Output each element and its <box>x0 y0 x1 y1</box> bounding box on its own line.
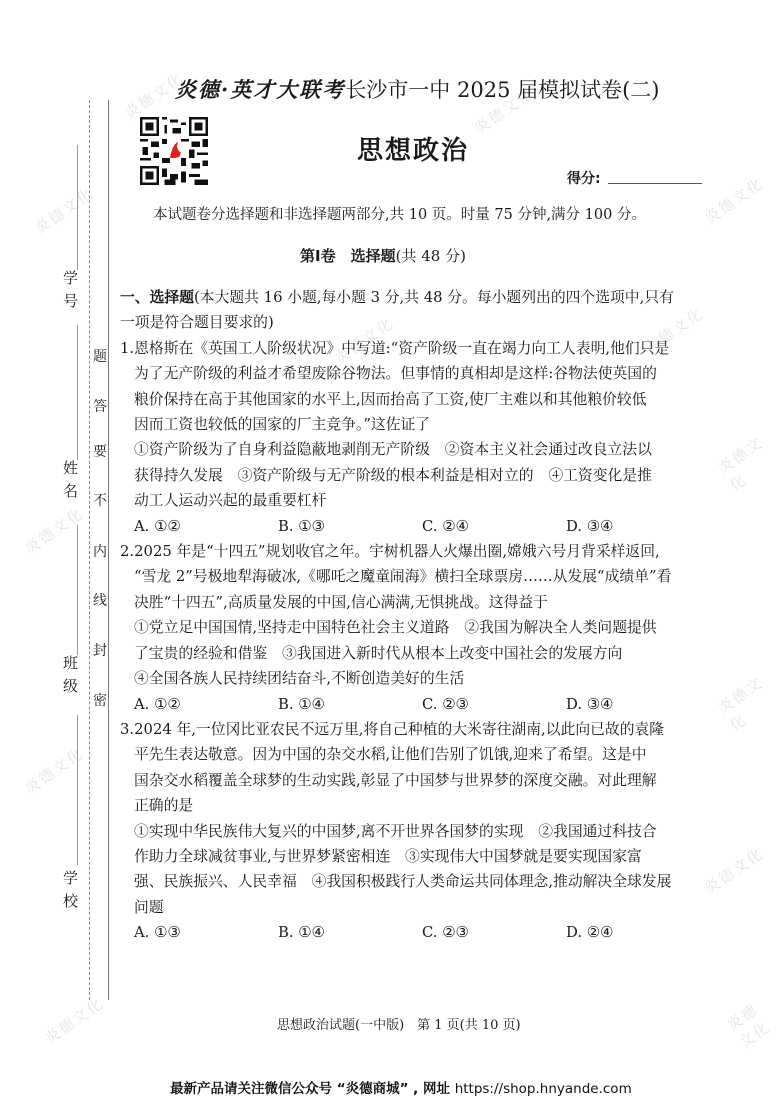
statement-line: 动工人运动兴起的最重要杠杆 <box>120 488 710 513</box>
question-stem-line: “雪龙 2”号极地犁海破冰,《哪吒之魔童闹海》横扫全球票房……从发展“成绩单”看 <box>120 564 710 589</box>
option-b[interactable]: B. ①④ <box>278 692 422 717</box>
question-stem-line: 3.2024 年,一位冈比亚农民不远万里,将自己种植的大米寄往湖南,以此向已故的… <box>120 717 710 742</box>
field-label-school: 学校 <box>60 870 81 916</box>
exam-intro: 本试题卷分选择题和非选择题两部分,共 10 页。时量 75 分钟,满分 100 … <box>153 203 646 224</box>
question-stem-line: 1.恩格斯在《英国工人阶级状况》中写道:“资产阶级一直在竭力向工人表明,他们只是 <box>120 336 710 361</box>
watermark: 炎德文化 <box>40 992 108 1048</box>
part-instruction-line2: 一项是符合题目要求的) <box>120 310 710 335</box>
seal-char: 内 <box>93 541 107 561</box>
qr-code-icon <box>140 117 208 185</box>
answer-options: A. ①③ B. ①④ C. ②③ D. ②④ <box>120 920 710 945</box>
option-a[interactable]: A. ①② <box>134 514 278 539</box>
question-stem-line: 因而工资也较低的国家的厂主竞争。”这佐证了 <box>120 412 710 437</box>
question-stem-line: 为了无产阶级的利益才希望废除谷物法。但事情的真相却是这样:谷物法使英国的 <box>120 361 710 386</box>
question-3: 3.2024 年,一位冈比亚农民不远万里,将自己种植的大米寄往湖南,以此向已故的… <box>120 717 710 946</box>
statement-line: 了宝贵的经验和借鉴 ③我国进入新时代从根本上改变中国社会的发展方向 <box>120 641 710 666</box>
promo-note: 最新产品请关注微信公众号 “炎德商城” , 网址 https://shop.hn… <box>170 1077 632 1097</box>
option-c[interactable]: C. ②③ <box>422 692 566 717</box>
question-stem-line: 粮价保持在高于其他国家的水平上,因而抬高了工资,使厂主难以和其他粮价较低 <box>120 387 710 412</box>
statement-line: 问题 <box>120 895 710 920</box>
page-footer: 思想政治试题(一中版) 第 1 页(共 10 页) <box>277 1014 521 1033</box>
seal-line-dotted <box>89 100 90 1000</box>
option-b[interactable]: B. ①④ <box>278 920 422 945</box>
stem-text: 2024 年,一位冈比亚农民不远万里,将自己种植的大米寄往湖南,以此向已故的袁隆 <box>134 721 664 738</box>
fill-line-class <box>77 525 78 655</box>
part-instruction-line1: (本大题共 16 小题,每小题 3 分,共 48 分。每小题列出的四个选项中,只… <box>194 289 674 306</box>
exam-name: 长沙市一中 2025 届模拟试卷(二) <box>345 78 659 102</box>
watermark: 炎德文化 <box>700 172 768 228</box>
statement-line: ①资产阶级为了自身利益隐蔽地剥削无产阶级 ②资本主义社会通过改良立法以 <box>120 437 710 462</box>
statement-line: ①党立足中国国情,坚持走中国特色社会主义道路 ②我国为解决全人类问题提供 <box>120 615 710 640</box>
statement-line: ④全国各族人民持续团结奋斗,不断创造美好的生活 <box>120 666 710 691</box>
statement-line: 获得持久发展 ③资产阶级与无产阶级的根本利益是相对立的 ④工资变化是推 <box>120 463 710 488</box>
option-a[interactable]: A. ①② <box>134 692 278 717</box>
fill-line-school <box>77 715 78 865</box>
stem-text: 恩格斯在《英国工人阶级状况》中写道:“资产阶级一直在竭力向工人表明,他们只是 <box>134 340 669 357</box>
question-stem-line: 决胜“十四五”,高质量发展的中国,信心满满,无惧挑战。这得益于 <box>120 590 710 615</box>
section-title: 第Ⅰ卷 选择题(共 48 分) <box>300 245 466 266</box>
option-d[interactable]: D. ②④ <box>566 920 710 945</box>
promo-text: 最新产品请关注微信公众号 “炎德商城” , 网址 <box>170 1081 455 1097</box>
watermark: 炎德文化 <box>713 667 780 736</box>
watermark: 炎德文化 <box>700 842 768 898</box>
question-stem-line: 国杂交水稻覆盖全球梦的生动实践,彰显了中国梦与世界梦的深度交融。对此理解 <box>120 768 710 793</box>
shop-link[interactable]: https://shop.hnyande.com <box>455 1081 632 1097</box>
statement-line: 作助力全球减贫事业,与世界梦紧密相连 ③实现伟大中国梦就是要实现国家富 <box>120 844 710 869</box>
brand-name: 炎德·英才大联考 <box>175 77 345 102</box>
subject-title: 思想政治 <box>357 130 469 167</box>
part-instruction: 一、选择题(本大题共 16 小题,每小题 3 分,共 48 分。每小题列出的四个… <box>120 285 710 310</box>
field-label-student-id: 学号 <box>60 270 81 316</box>
fill-line-student-id <box>77 145 78 270</box>
answer-options: A. ①② B. ①④ C. ②③ D. ③④ <box>120 692 710 717</box>
seal-char: 题 <box>93 346 107 366</box>
seal-char: 答 <box>93 396 107 416</box>
question-content: 一、选择题(本大题共 16 小题,每小题 3 分,共 48 分。每小题列出的四个… <box>120 285 710 946</box>
answer-options: A. ①② B. ①③ C. ②④ D. ③④ <box>120 514 710 539</box>
option-a[interactable]: A. ①③ <box>134 920 278 945</box>
seal-char: 线 <box>93 590 107 610</box>
field-label-name: 姓名 <box>60 460 81 506</box>
seal-char: 不 <box>93 490 107 510</box>
question-1: 1.恩格斯在《英国工人阶级状况》中写道:“资产阶级一直在竭力向工人表明,他们只是… <box>120 336 710 539</box>
question-stem-line: 平先生表达敬意。因为中国的杂交水稻,让他们告别了饥饿,迎来了希望。这是中 <box>120 742 710 767</box>
seal-char: 封 <box>93 640 107 660</box>
statement-line: ①实现中华民族伟大复兴的中国梦,离不开世界各国梦的实现 ②我国通过科技合 <box>120 819 710 844</box>
field-label-class: 班级 <box>60 655 81 701</box>
question-2: 2.2025 年是“十四五”规划收官之年。宇树机器人火爆出圈,嫦娥六号月背采样返… <box>120 539 710 717</box>
question-stem-line: 2.2025 年是“十四五”规划收官之年。宇树机器人火爆出圈,嫦娥六号月背采样返… <box>120 539 710 564</box>
stem-text: 2025 年是“十四五”规划收官之年。宇树机器人火爆出圈,嫦娥六号月背采样返回, <box>134 543 660 560</box>
seal-char: 密 <box>93 690 107 710</box>
score-blank <box>608 183 702 184</box>
option-d[interactable]: D. ③④ <box>566 514 710 539</box>
seal-char: 要 <box>93 441 107 461</box>
score-label: 得分: <box>567 168 601 188</box>
watermark: 炎德文化 <box>722 989 780 1052</box>
option-b[interactable]: B. ①③ <box>278 514 422 539</box>
question-number: 1. <box>120 340 134 357</box>
statement-line: 强、民族振兴、人民幸福 ④我国积极践行人类命运共同体理念,推动解决全球发展 <box>120 869 710 894</box>
option-c[interactable]: C. ②③ <box>422 920 566 945</box>
exam-title: 炎德·英才大联考长沙市一中 2025 届模拟试卷(二) <box>175 74 660 104</box>
option-d[interactable]: D. ③④ <box>566 692 710 717</box>
watermark: 炎德文化 <box>30 182 98 238</box>
section-title-points: (共 48 分) <box>396 247 466 265</box>
question-stem-line: 正确的是 <box>120 793 710 818</box>
seal-line-solid <box>108 100 109 1000</box>
question-number: 3. <box>120 721 134 738</box>
option-c[interactable]: C. ②④ <box>422 514 566 539</box>
section-title-main: 第Ⅰ卷 选择题 <box>300 247 396 265</box>
question-number: 2. <box>120 543 134 560</box>
fill-line-name <box>77 325 78 460</box>
watermark: 炎德文化 <box>713 427 780 496</box>
part-label: 一、选择题 <box>120 289 194 306</box>
